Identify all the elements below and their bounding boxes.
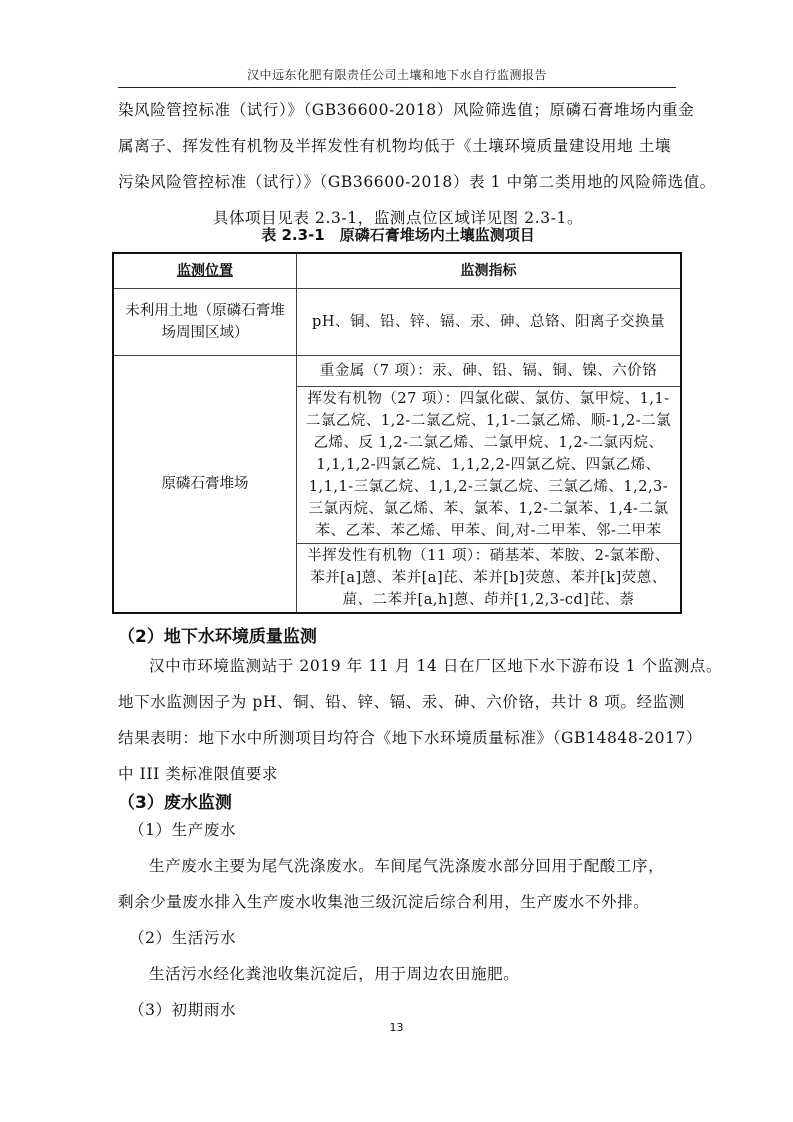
wastewater-paragraph: （1）生产废水 生产废水主要为尾气洗涤废水。车间尾气洗涤废水部分回用于配酸工序，…	[118, 812, 678, 1028]
intro-paragraph: 染风险管控标准（试行）》（GB36600-2018）风险筛选值；原磷石膏堆场内重…	[118, 92, 678, 236]
production-line: 生产废水主要为尾气洗涤废水。车间尾气洗涤废水部分回用于配酸工序，	[118, 848, 678, 884]
groundwater-line: 结果表明：地下水中所测项目均符合《地下水环境质量标准》（GB14848-2017…	[118, 720, 678, 756]
soil-monitoring-table: 监测位置 监测指标 未利用土地（原磷石膏堆场周围区域） pH、铜、铅、锌、镉、汞…	[112, 252, 682, 614]
groundwater-line: 地下水监测因子为 pH、铜、铅、锌、镉、汞、砷、六价铬，共计 8 项。经监测	[118, 684, 678, 720]
indicator-cell-svoc: 半挥发性有机物（11 项）：硝基苯、苯胺、2-氯苯酚、苯并[a]蒽、苯并[a]芘…	[297, 544, 682, 614]
section-title-wastewater: （3）废水监测	[118, 788, 232, 813]
header-rule	[118, 87, 676, 88]
section-title-groundwater: （2）地下水环境质量监测	[118, 622, 317, 647]
location-cell: 原磷石膏堆场	[113, 356, 297, 614]
indicator-cell-heavy-metals: 重金属（7 项）：汞、砷、铅、镉、铜、镍、六价铬	[297, 356, 682, 387]
intro-line: 属离子、挥发性有机物及半挥发性有机物均低于《土壤环境质量建设用地 土壤	[118, 128, 678, 164]
groundwater-line: 中 III 类标准限值要求	[118, 756, 678, 792]
intro-line: 污染风险管控标准（试行）》（GB36600-2018）表 1 中第二类用地的风险…	[118, 164, 678, 200]
domestic-line: 生活污水经化粪池收集沉淀后，用于周边农田施肥。	[118, 956, 678, 992]
subsection-title-production: （1）生产废水	[118, 812, 678, 848]
table-row: 未利用土地（原磷石膏堆场周围区域） pH、铜、铅、锌、镉、汞、砷、总铬、阳离子交…	[113, 289, 681, 356]
intro-line: 染风险管控标准（试行）》（GB36600-2018）风险筛选值；原磷石膏堆场内重…	[118, 92, 678, 128]
page-number: 13	[0, 1021, 793, 1034]
table-caption: 表 2.3-1 原磷石膏堆场内土壤监测项目	[118, 224, 678, 245]
header-location: 监测位置	[113, 253, 297, 289]
indicator-cell: pH、铜、铅、锌、镉、汞、砷、总铬、阳离子交换量	[297, 289, 682, 356]
groundwater-line: 汉中市环境监测站于 2019 年 11 月 14 日在厂区地下水下游布设 1 个…	[118, 648, 678, 684]
running-header: 汉中远东化肥有限责任公司土壤和地下水自行监测报告	[118, 66, 676, 83]
indicator-cell-voc: 挥发有机物（27 项）：四氯化碳、氯仿、氯甲烷、1,1-二氯乙烷、1,2-二氯乙…	[297, 387, 682, 544]
location-cell: 未利用土地（原磷石膏堆场周围区域）	[113, 289, 297, 356]
subsection-title-domestic: （2）生活污水	[118, 920, 678, 956]
header-indicators: 监测指标	[297, 253, 682, 289]
groundwater-paragraph: 汉中市环境监测站于 2019 年 11 月 14 日在厂区地下水下游布设 1 个…	[118, 648, 678, 792]
table-header-row: 监测位置 监测指标	[113, 253, 681, 289]
table-row: 原磷石膏堆场 重金属（7 项）：汞、砷、铅、镉、铜、镍、六价铬	[113, 356, 681, 387]
production-line: 剩余少量废水排入生产废水收集池三级沉淀后综合利用，生产废水不外排。	[118, 884, 678, 920]
